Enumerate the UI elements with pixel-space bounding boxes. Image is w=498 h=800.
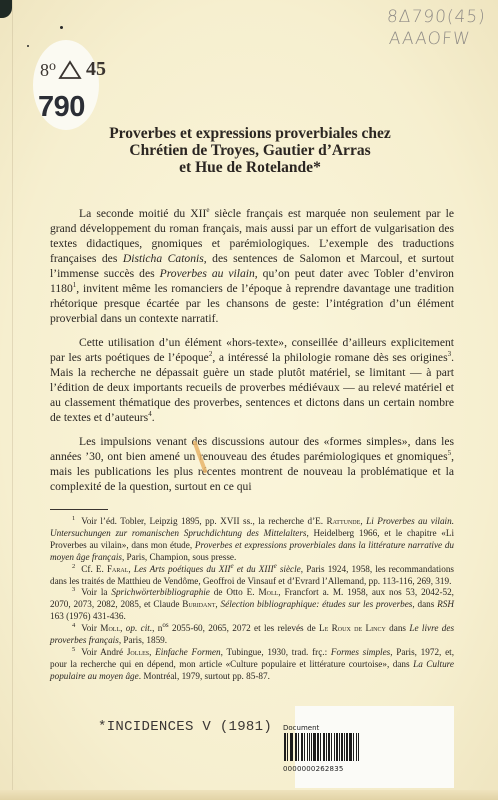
title-line-2: Chrétien de Troyes, Gautier d’Arras	[60, 142, 440, 159]
handwritten-line-1: 8Δ790(45)	[386, 6, 486, 28]
barcode-icon	[284, 733, 392, 761]
format-number: 8	[40, 60, 49, 81]
typed-source-note: *INCIDENCES V (1981)	[98, 719, 272, 735]
paragraph-2: Cette utilisation d’un élément «hors-tex…	[50, 335, 454, 425]
barcode-label: Document	[283, 724, 319, 732]
footnote-separator	[50, 509, 108, 510]
footnote-2: 2Cf. E. Faral, Les Arts poétiques du XII…	[50, 564, 454, 588]
article-title: Proverbes et expressions proverbiales ch…	[60, 125, 440, 176]
barcode-number: 0000000262835	[283, 765, 344, 773]
format-degree: o	[49, 59, 56, 75]
handwritten-shelfmark: 8Δ790(45) AAAOFW	[387, 6, 486, 50]
binding-edge	[12, 0, 13, 800]
ink-speck	[60, 26, 63, 29]
footnote-4: 4Voir Moll, op. cit., nos 2055-60, 2065,…	[50, 623, 454, 647]
title-footnote-marker: *	[313, 159, 321, 176]
paragraph-1: La seconde moitié du XIIe siècle françai…	[50, 206, 454, 326]
shelf-suffix: 45	[86, 58, 106, 81]
footnote-1: 1Voir l’éd. Tobler, Leipzig 1895, pp. XV…	[50, 516, 454, 564]
title-line-3: et Hue de Rotelande*	[60, 159, 440, 176]
article-body: La seconde moitié du XIIe siècle françai…	[50, 206, 454, 503]
triangle-icon	[58, 60, 82, 80]
footnote-3: 3Voir la Sprichwörterbibliographie de Ot…	[50, 587, 454, 623]
handwritten-line-2: AAAOFW	[388, 28, 486, 50]
barcode-bar	[359, 733, 360, 761]
paragraph-3: Les impulsions venant des discussions au…	[50, 434, 454, 494]
page-bottom-edge	[0, 790, 498, 800]
library-number: 790	[38, 91, 85, 124]
title-line-1: Proverbes et expressions proverbiales ch…	[60, 125, 440, 142]
footnotes: 1Voir l’éd. Tobler, Leipzig 1895, pp. XV…	[50, 516, 454, 683]
footnote-5: 5Voir André Jolles, Einfache Formen, Tub…	[50, 647, 454, 683]
ink-speck	[27, 45, 29, 47]
library-shelfmark: 8 o 45	[40, 58, 106, 81]
